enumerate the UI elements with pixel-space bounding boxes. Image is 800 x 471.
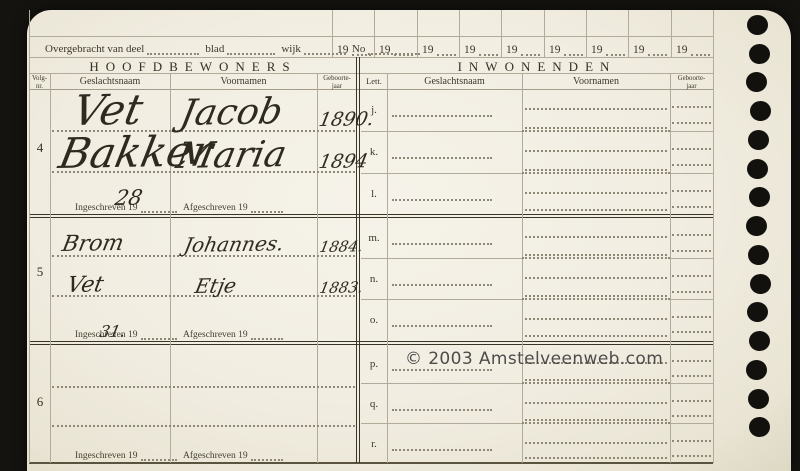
- lett-row-separator: [361, 131, 522, 132]
- year-cell-dots: [521, 54, 541, 56]
- afgeschreven-label: Afgeschreven 19: [183, 451, 248, 461]
- col-header-geboortejaar-line2: jaar: [317, 83, 357, 91]
- lett-geboortejaar-line: [672, 375, 711, 377]
- afgeschreven-row: Afgeschreven 19: [183, 448, 283, 461]
- register-card: Overgebracht van deel blad wijk No 19 19…: [27, 10, 791, 471]
- lett-writing-line: [392, 409, 492, 411]
- entry-voornamen: Etje: [193, 273, 239, 298]
- lett-row-separator-dotted: [522, 130, 670, 132]
- lett-geboortejaar-line: [672, 164, 711, 166]
- entry-geboortejaar: 1883.: [318, 278, 365, 297]
- ingeschreven-jaar-handwritten: 31.: [98, 322, 127, 341]
- afgeschreven-row: Afgeschreven 19: [183, 327, 283, 340]
- punch-hole: [746, 360, 767, 380]
- year-cell-dots: [648, 54, 668, 56]
- lett-voornamen-line: [525, 295, 667, 297]
- lett-row-separator-dotted: [522, 172, 670, 174]
- entry-geslachtsnaam: Brom: [60, 231, 126, 257]
- punch-hole: [748, 389, 769, 409]
- col-header-geboortejaar-2: Geboorte- jaar: [670, 75, 713, 91]
- lett-row-separator: [361, 299, 522, 300]
- lett-geboortejaar-line: [672, 360, 711, 362]
- year-grid-line: [459, 10, 460, 57]
- watermark: © 2003 Amstelveenweb.com: [405, 349, 663, 369]
- year-cell-dots: [691, 54, 711, 56]
- year-cell-label: 19: [337, 44, 349, 56]
- volgnr-label: 5: [33, 264, 47, 280]
- year-cell-dots: [394, 54, 414, 56]
- lett-geboortejaar-line: [672, 206, 711, 208]
- year-grid-line: [671, 10, 672, 57]
- lett-label: r.: [361, 438, 387, 450]
- lett-geboortejaar-line: [672, 291, 711, 293]
- year-cell-label: 19: [379, 44, 391, 56]
- lett-geboortejaar-line: [672, 455, 711, 457]
- section-separator-1: [29, 214, 713, 218]
- lett-row-separator-dotted: [522, 422, 670, 424]
- year-cell-label: 19: [676, 44, 688, 56]
- ingeschreven-jaar-handwritten: 28: [113, 186, 145, 210]
- punch-hole: [750, 274, 771, 294]
- lett-voornamen-line: [525, 108, 667, 110]
- lett-row-separator-dotted: [522, 257, 670, 259]
- col-header-volgnr: Volg- nr.: [29, 75, 50, 91]
- lett-label: m.: [361, 232, 387, 244]
- lett-row-separator: [361, 423, 522, 424]
- rule-volg-col: [50, 73, 51, 463]
- col-header-lett: Lett.: [361, 76, 387, 86]
- lett-row-separator: [361, 258, 522, 259]
- lett-voornamen-line: [525, 150, 667, 152]
- ingeschreven-label: Ingeschreven 19: [75, 451, 138, 461]
- year-cell: 19: [464, 40, 498, 56]
- year-cell-label: 19: [422, 44, 434, 56]
- lett-geboortejaar-line: [672, 440, 711, 442]
- year-cell: 19: [676, 40, 710, 56]
- year-cell: 19: [506, 40, 540, 56]
- year-cell: 19: [591, 40, 625, 56]
- ingeschreven-dots: [141, 459, 177, 461]
- year-cell-label: 19: [506, 44, 518, 56]
- lett-label: q.: [361, 398, 387, 410]
- ingeschreven-row: Ingeschreven 19: [75, 448, 177, 461]
- entry-geslachtsnaam: Vet: [65, 272, 106, 298]
- punch-hole: [748, 130, 769, 150]
- lett-voornamen-line: [525, 402, 667, 404]
- lett-geboortejaar-line: [672, 415, 711, 417]
- lett-label: j.: [361, 104, 387, 116]
- lett-writing-line: [392, 449, 492, 451]
- lett-row-separator: [670, 131, 713, 132]
- lett-label: o.: [361, 314, 387, 326]
- rule-table-bottom: [29, 462, 713, 464]
- lett-voornamen-line: [525, 442, 667, 444]
- writing-line: [52, 425, 355, 427]
- lett-geboortejaar-line: [672, 106, 711, 108]
- lett-writing-line: [392, 157, 492, 159]
- year-cell-label: 19: [633, 44, 645, 56]
- lett-geboortejaar-line: [672, 190, 711, 192]
- volgnr-label: 4: [33, 140, 47, 156]
- lett-geboortejaar-line: [672, 400, 711, 402]
- ingeschreven-dots: [141, 211, 177, 213]
- year-cell: 19: [379, 40, 413, 56]
- year-grid-line: [501, 10, 502, 57]
- entry-voornamen: Maria: [173, 134, 290, 177]
- punch-hole: [746, 216, 767, 236]
- year-cell-dots: [437, 54, 457, 56]
- lett-label: n.: [361, 273, 387, 285]
- afgeschreven-row: Afgeschreven 19: [183, 200, 283, 213]
- lett-writing-line: [392, 199, 492, 201]
- volgnr-label: 6: [33, 394, 47, 410]
- year-grid-line: [586, 10, 587, 57]
- ingeschreven-dots: [141, 338, 177, 340]
- lett-geboortejaar-line: [672, 148, 711, 150]
- lett-geboortejaar-line: [672, 250, 711, 252]
- col-header-voornamen-2: Voornamen: [522, 76, 670, 87]
- afgeschreven-dots: [251, 338, 283, 340]
- entry-voornamen: Johannes.: [182, 231, 286, 257]
- punch-hole: [749, 331, 770, 351]
- year-cell-label: 19: [591, 44, 603, 56]
- lett-voornamen-line: [525, 192, 667, 194]
- lett-row-separator: [670, 258, 713, 259]
- register-card-photo: { "card": { "transfer": { "label_deel": …: [0, 0, 800, 471]
- transfer-label-blad: blad: [205, 43, 224, 55]
- inwonenden-title: INWONENDEN: [361, 59, 713, 75]
- lett-writing-line: [392, 369, 492, 371]
- lett-geboortejaar-line: [672, 331, 711, 333]
- lett-voornamen-line: [525, 277, 667, 279]
- lett-row-separator-dotted: [522, 298, 670, 300]
- col-header-geboortejaar-2-line1: Geboorte-: [670, 75, 713, 83]
- lett-voornamen-line: [525, 236, 667, 238]
- lett-writing-line: [392, 243, 492, 245]
- punch-hole: [747, 159, 768, 179]
- afgeschreven-dots: [251, 459, 283, 461]
- lett-row-separator: [670, 173, 713, 174]
- lett-writing-line: [392, 284, 492, 286]
- afgeschreven-label: Afgeschreven 19: [183, 330, 248, 340]
- afgeschreven-dots: [251, 211, 283, 213]
- year-grid-line: [628, 10, 629, 57]
- afgeschreven-label: Afgeschreven 19: [183, 203, 248, 213]
- lett-voornamen-line: [525, 419, 667, 421]
- lett-row-separator: [361, 173, 522, 174]
- lett-row-separator: [361, 383, 522, 384]
- year-cell-dots: [606, 54, 626, 56]
- lett-voornamen-line: [525, 127, 667, 129]
- writing-line: [52, 386, 355, 388]
- hoofdbewoners-title: HOOFDBEWONERS: [29, 59, 357, 75]
- year-cell-label: 19: [464, 44, 476, 56]
- col-header-volgnr-line1: Volg-: [29, 75, 50, 83]
- punch-hole: [748, 245, 769, 265]
- rule-table-right: [713, 10, 714, 463]
- lett-row-separator: [670, 383, 713, 384]
- lett-voornamen-line: [525, 254, 667, 256]
- year-cell: 19: [549, 40, 583, 56]
- transfer-label-deel: Overgebracht van deel: [45, 43, 144, 55]
- year-grid-line: [544, 10, 545, 57]
- col-header-voornamen: Voornamen: [170, 76, 317, 87]
- lett-writing-line: [392, 115, 492, 117]
- col-header-geslachtsnaam-2: Geslachtsnaam: [387, 76, 522, 87]
- col-header-volgnr-line2: nr.: [29, 83, 50, 91]
- lett-row-separator: [670, 423, 713, 424]
- lett-label: l.: [361, 188, 387, 200]
- col-header-geboortejaar: Geboorte- jaar: [317, 75, 357, 91]
- lett-voornamen-line: [525, 335, 667, 337]
- punch-hole: [746, 72, 767, 92]
- lett-label: p.: [361, 358, 387, 370]
- section-separator-2: [29, 341, 713, 345]
- lett-geboortejaar-line: [672, 316, 711, 318]
- lett-row-separator: [670, 299, 713, 300]
- punch-hole: [747, 302, 768, 322]
- year-cell-label: 19: [549, 44, 561, 56]
- year-cell: 19: [633, 40, 667, 56]
- rule-top-row-bottom: [29, 36, 713, 37]
- punch-hole: [747, 15, 768, 35]
- lett-voornamen-line: [525, 209, 667, 211]
- col-header-geboortejaar-2-line2: jaar: [670, 83, 713, 91]
- punch-hole: [749, 417, 770, 437]
- punch-hole: [750, 101, 771, 121]
- year-cell-dots: [479, 54, 499, 56]
- punch-hole: [749, 44, 770, 64]
- year-cell: 19: [337, 40, 371, 56]
- lett-voornamen-line: [525, 169, 667, 171]
- year-cell: 19: [422, 40, 456, 56]
- lett-voornamen-line: [525, 457, 667, 459]
- lett-label: k.: [361, 146, 387, 158]
- lett-row-separator-dotted: [522, 382, 670, 384]
- entry-geboortejaar: 1884.: [318, 237, 365, 256]
- year-cell-dots: [564, 54, 584, 56]
- transfer-dots: [227, 53, 275, 55]
- transfer-dots: [147, 53, 199, 55]
- lett-geboortejaar-line: [672, 275, 711, 277]
- lett-geboortejaar-line: [672, 234, 711, 236]
- lett-voornamen-line: [525, 318, 667, 320]
- lett-geboortejaar-line: [672, 122, 711, 124]
- year-cell-dots: [352, 54, 372, 56]
- lett-writing-line: [392, 325, 492, 327]
- punch-hole: [749, 187, 770, 207]
- transfer-label-wijk: wijk: [281, 43, 301, 55]
- rule-year-row-bottom: [29, 57, 713, 58]
- col-header-geboortejaar-line1: Geboorte-: [317, 75, 357, 83]
- lett-voornamen-line: [525, 379, 667, 381]
